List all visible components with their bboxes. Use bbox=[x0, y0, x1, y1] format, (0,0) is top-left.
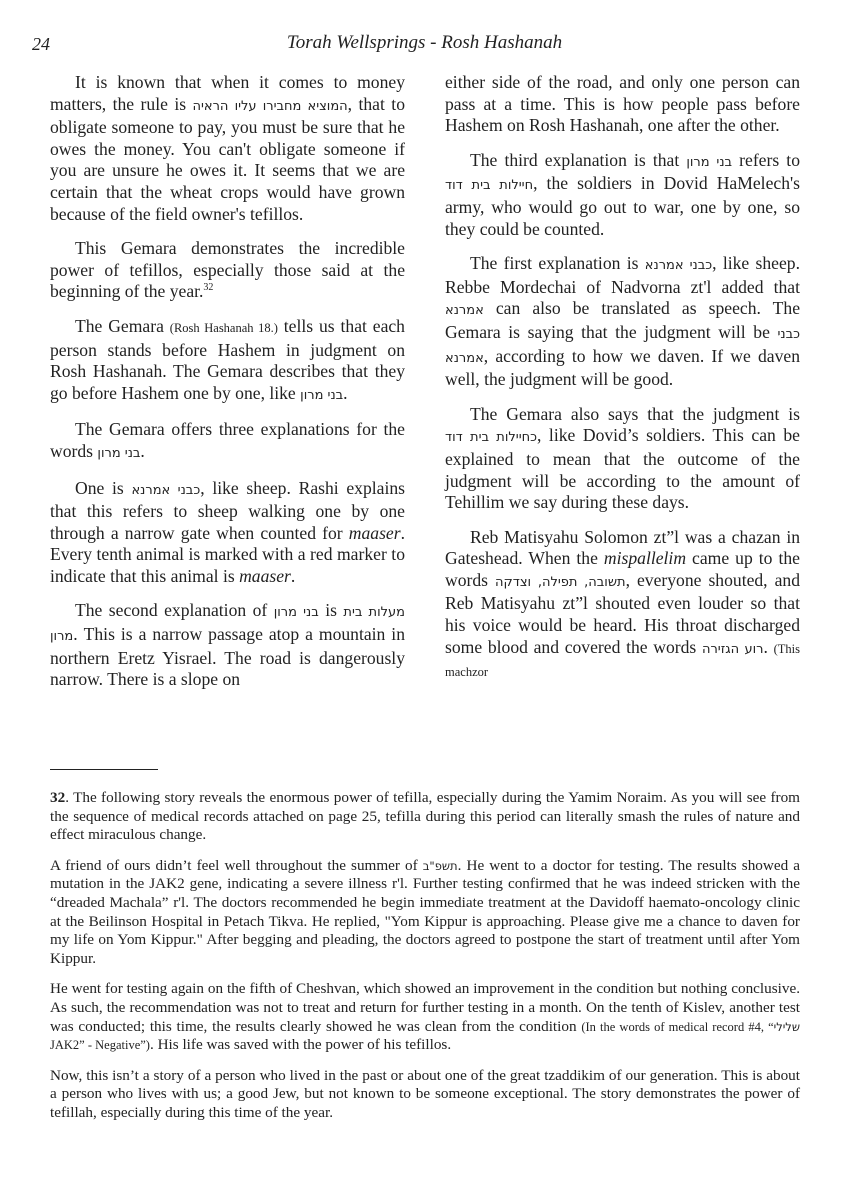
source-citation: (Rosh Hashanah 18.) bbox=[170, 321, 278, 335]
text: . The following story reveals the enormo… bbox=[50, 789, 800, 843]
paragraph: The Gemara (Rosh Hashanah 18.) tells us … bbox=[50, 316, 405, 406]
footnote-reference[interactable]: 32 bbox=[203, 282, 213, 293]
hebrew-text: בני מרון bbox=[300, 388, 343, 403]
text: This Gemara demonstrates the incredible … bbox=[50, 238, 405, 301]
text: . bbox=[764, 637, 774, 657]
italic-term: maaser bbox=[349, 523, 401, 543]
running-title: Torah Wellsprings - Rosh Hashanah bbox=[32, 32, 817, 54]
hebrew-text: בני מרון bbox=[97, 446, 140, 461]
text: , according to how we daven. If we daven… bbox=[445, 346, 800, 390]
hebrew-text: כבני אמרנא bbox=[645, 258, 712, 273]
page-header: 24 Torah Wellsprings - Rosh Hashanah bbox=[32, 30, 817, 60]
hebrew-text: תשפ"ב bbox=[423, 859, 458, 873]
parenthetical-note: JAK2” - Negative”) bbox=[50, 1038, 150, 1052]
hebrew-text: כבני אמרנא bbox=[131, 483, 200, 498]
text: The first explanation is bbox=[470, 253, 645, 273]
hebrew-text: המוציא מחבירו עליו הראיה bbox=[192, 99, 347, 114]
text: . His life was saved with the power of h… bbox=[150, 1036, 451, 1053]
text: The Gemara also says that the judgment i… bbox=[470, 404, 800, 424]
hebrew-text: שלילי bbox=[774, 1020, 800, 1034]
text: The second explanation of bbox=[75, 600, 274, 620]
text: can also be translated as speech. The Ge… bbox=[445, 298, 800, 342]
text: One is bbox=[75, 478, 131, 498]
text: is bbox=[319, 600, 344, 620]
footnote-divider bbox=[50, 769, 158, 770]
paragraph: The third explanation is that בני מרון r… bbox=[445, 150, 800, 240]
text: . This is a narrow passage atop a mounta… bbox=[50, 624, 405, 689]
text: . bbox=[343, 383, 347, 403]
text: . bbox=[291, 566, 295, 586]
paragraph: One is כבני אמרנא, like sheep. Rashi exp… bbox=[50, 478, 405, 588]
parenthetical-note: (In the words of medical record #4, “ bbox=[581, 1020, 773, 1034]
footnote-32: 32. The following story reveals the enor… bbox=[50, 789, 800, 845]
paragraph: This Gemara demonstrates the incredible … bbox=[50, 238, 405, 303]
hebrew-text: חיילות בית דוד bbox=[445, 178, 533, 193]
hebrew-text: בני מרון bbox=[686, 155, 732, 170]
footnote-paragraph: A friend of ours didn’t feel well throug… bbox=[50, 857, 800, 969]
hebrew-text: רוע הגזירה bbox=[702, 642, 764, 657]
text: A friend of ours didn’t feel well throug… bbox=[50, 857, 423, 874]
text: The Gemara bbox=[75, 316, 170, 336]
footnote-paragraph: He went for testing again on the fifth o… bbox=[50, 980, 800, 1054]
text: . bbox=[140, 441, 144, 461]
footnote-number: 32 bbox=[50, 789, 65, 806]
paragraph-continued: either side of the road, and only one pe… bbox=[445, 72, 800, 137]
paragraph: Reb Matisyahu Solomon zt”l was a chazan … bbox=[445, 527, 800, 684]
text: The third explanation is that bbox=[470, 150, 686, 170]
paragraph: The Gemara also says that the judgment i… bbox=[445, 404, 800, 514]
paragraph: The Gemara offers three explanations for… bbox=[50, 419, 405, 464]
hebrew-text: תשובה, תפילה, וצדקה bbox=[495, 575, 626, 590]
hebrew-text: בני מרון bbox=[274, 605, 319, 620]
italic-term: mispallelim bbox=[604, 548, 686, 568]
hebrew-text: אמרנא bbox=[445, 303, 484, 318]
text: refers to bbox=[732, 150, 800, 170]
right-column: either side of the road, and only one pe… bbox=[445, 72, 800, 697]
paragraph: The first explanation is כבני אמרנא, lik… bbox=[445, 253, 800, 391]
paragraph: It is known that when it comes to money … bbox=[50, 72, 405, 225]
text: either side of the road, and only one pe… bbox=[445, 72, 800, 135]
footnote-paragraph: Now, this isn’t a story of a person who … bbox=[50, 1067, 800, 1123]
hebrew-text: כחיילות בית דוד bbox=[445, 430, 537, 445]
footnotes-section: 32. The following story reveals the enor… bbox=[50, 789, 800, 1135]
left-column: It is known that when it comes to money … bbox=[50, 72, 405, 704]
paragraph: The second explanation of בני מרון is מע… bbox=[50, 600, 405, 690]
text: Now, this isn’t a story of a person who … bbox=[50, 1067, 800, 1121]
italic-term: maaser bbox=[239, 566, 291, 586]
